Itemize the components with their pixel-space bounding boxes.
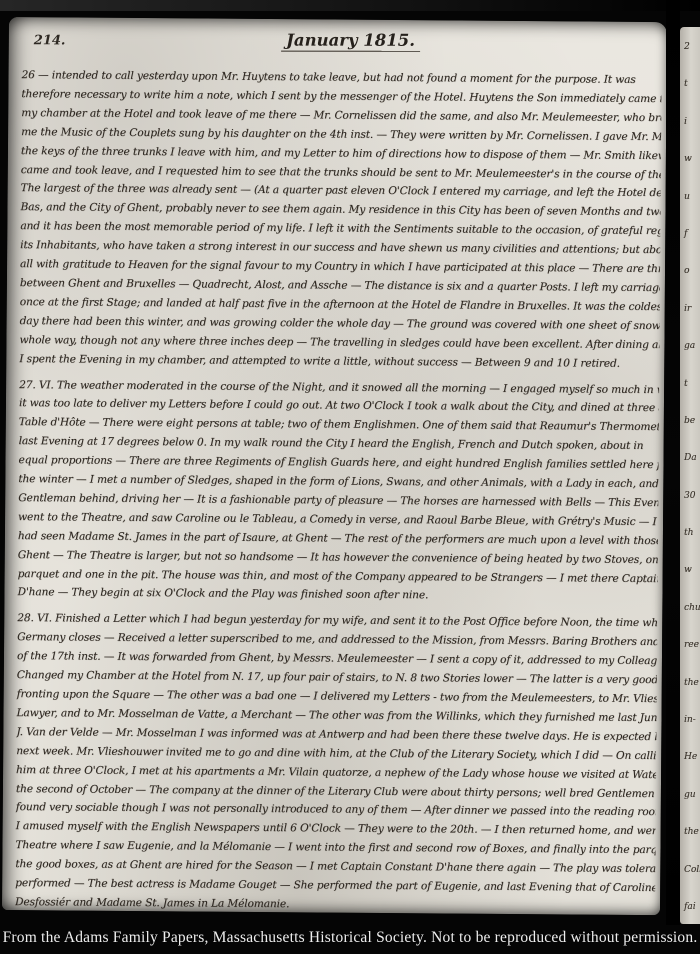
facing-page-fragment: ir bbox=[684, 305, 699, 314]
facing-page-fragment: u bbox=[684, 193, 699, 202]
scan-top-edge bbox=[0, 0, 700, 11]
facing-page-fragment: gu bbox=[684, 791, 699, 800]
facing-page-fragment: ga bbox=[684, 342, 699, 351]
facing-page-fragment: 30 bbox=[684, 492, 699, 501]
facing-page-fragment: be bbox=[684, 417, 699, 426]
facing-page-fragment: 2 bbox=[684, 43, 699, 52]
facing-page-fragment: o bbox=[684, 267, 699, 276]
facing-page-fragment: fai bbox=[684, 903, 699, 912]
page-number: 214. bbox=[34, 33, 66, 48]
facing-page-fragment: w bbox=[684, 566, 699, 575]
facing-page-fragment: chu bbox=[684, 604, 699, 613]
facing-page-fragment: Coll bbox=[684, 866, 699, 875]
date-heading: January 1815. bbox=[281, 31, 420, 52]
facing-page-fragment: He bbox=[684, 753, 699, 762]
manuscript-page: 214. January 1815. 26 — intended to call… bbox=[2, 17, 667, 915]
attribution-caption: From the Adams Family Papers, Massachuse… bbox=[0, 929, 700, 947]
diary-text-block: 26 — intended to call yesterday upon Mr.… bbox=[15, 66, 662, 917]
facing-page-fragment: th bbox=[684, 529, 699, 538]
facing-page-fragment: ree bbox=[684, 641, 699, 650]
facing-page-fragment: t bbox=[684, 80, 699, 89]
facing-page-fragment: Da bbox=[684, 454, 699, 463]
facing-page-fragment: f bbox=[684, 230, 699, 239]
facing-page-fragment: t bbox=[684, 380, 699, 389]
facing-page-fragment: i bbox=[684, 118, 699, 127]
book-gutter bbox=[666, 0, 680, 925]
page-header: 214. January 1815. bbox=[22, 25, 662, 64]
facing-page-fragment: in- bbox=[684, 716, 699, 725]
manuscript-page-inner: 214. January 1815. 26 — intended to call… bbox=[2, 17, 667, 915]
facing-page-fragment: the bbox=[684, 679, 699, 688]
facing-page-fragment: w bbox=[684, 155, 699, 164]
facing-page-fragment: the bbox=[684, 828, 699, 837]
facing-page-edge: 2 t i w u f o ir ga t be Da 30 th w chu … bbox=[680, 27, 700, 924]
